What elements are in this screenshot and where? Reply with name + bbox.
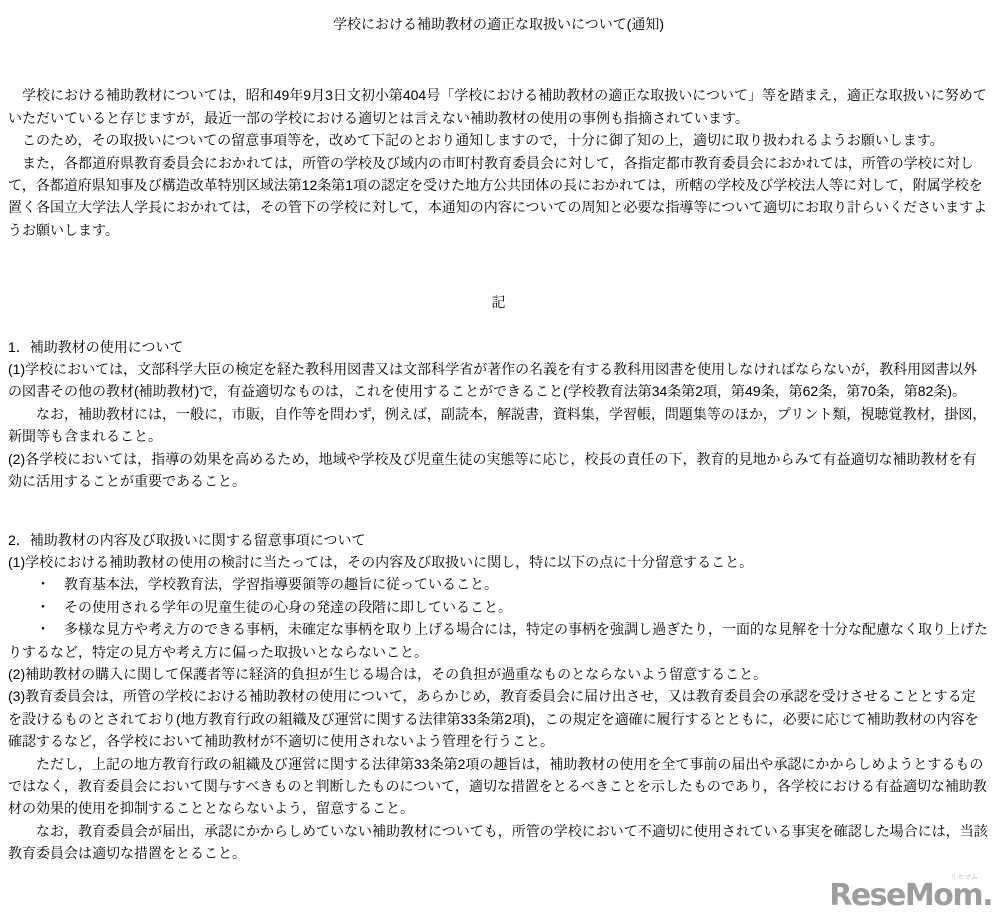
section-2-item-3: (3)教育委員会は，所管の学校における補助教材の使用について，あらかじめ，教育委… <box>8 685 989 752</box>
section-2-bullet-3: ・ 多様な見方や考え方のできる事柄，未確定な事柄を取り上げる場合には，特定の事柄… <box>8 618 989 663</box>
section-2: 2．補助教材の内容及び取扱いに関する留意事項について (1)学校における補助教材… <box>8 529 989 865</box>
section-1: 1．補助教材の使用について (1)学校においては，文部科学大臣の検定を経た教科用… <box>8 336 989 493</box>
intro-block: 学校における補助教材については，昭和49年9月3日文初小第404号「学校における… <box>8 84 989 241</box>
section-1-item-1: (1)学校においては，文部科学大臣の検定を経た教科用図書又は文部科学省が著作の名… <box>8 358 989 403</box>
section-2-item-3-tadashi: ただし，上記の地方教育行政の組織及び運営に関する法律第33条第2項の趣旨は，補助… <box>8 753 989 820</box>
intro-paragraph-2: このため，その取扱いについての留意事項等を，改めて下記のとおり通知しますので，十… <box>8 129 989 151</box>
section-2-item-2: (2)補助教材の購入に関して保護者等に経済的負担が生じる場合は，その負担が過重な… <box>8 663 989 685</box>
notice-document: 学校における補助教材の適正な取扱いについて(通知) 学校における補助教材について… <box>0 0 997 865</box>
section-1-note: なお，補助教材には，一般に，市販，自作等を問わず，例えば，副読本，解説書，資料集… <box>8 403 989 448</box>
section-1-item-2: (2)各学校においては，指導の効果を高めるため，地域や学校及び児童生徒の実態等に… <box>8 448 989 493</box>
resemom-logo: リセマム ReseMom. <box>829 874 992 910</box>
intro-paragraph-1: 学校における補助教材については，昭和49年9月3日文初小第404号「学校における… <box>8 84 989 129</box>
ki-marker: 記 <box>8 291 989 313</box>
section-2-bullet-2: ・ その使用される学年の児童生徒の心身の発達の段階に即していること。 <box>8 596 989 618</box>
section-2-heading: 2．補助教材の内容及び取扱いに関する留意事項について <box>8 529 989 551</box>
section-2-item-1: (1)学校における補助教材の使用の検討に当たっては，その内容及び取扱いに関し，特… <box>8 551 989 573</box>
resemom-logo-text: ReseMom. <box>829 878 992 913</box>
document-title: 学校における補助教材の適正な取扱いについて(通知) <box>8 13 989 35</box>
resemom-logo-ruby: リセマム <box>950 874 978 881</box>
section-2-bullet-1: ・ 教育基本法，学校教育法，学習指導要領等の趣旨に従っていること。 <box>8 573 989 595</box>
section-2-item-3-nao: なお，教育委員会が届出，承認にかからしめていない補助教材についても，所管の学校に… <box>8 820 989 865</box>
section-1-heading: 1．補助教材の使用について <box>8 336 989 358</box>
intro-paragraph-3: また，各都道府県教育委員会におかれては，所管の学校及び域内の市町村教育委員会に対… <box>8 152 989 242</box>
